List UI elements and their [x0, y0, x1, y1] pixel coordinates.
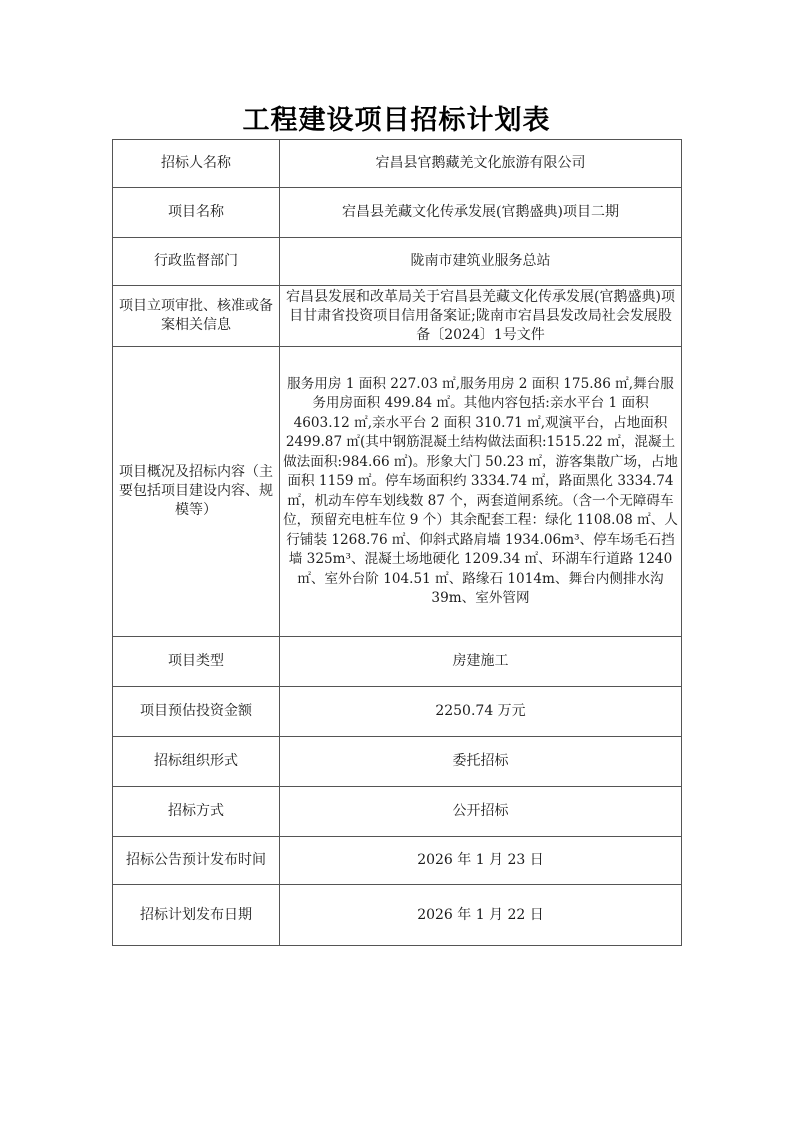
tender-plan-table: 招标人名称 宕昌县官鹅藏羌文化旅游有限公司 项目名称 宕昌县羌藏文化传承发展(官…: [112, 139, 682, 946]
row-label: 招标方式: [113, 787, 280, 837]
row-label: 项目类型: [113, 637, 280, 687]
row-label: 项目概况及招标内容（主要包括项目建设内容、规模等）: [113, 347, 280, 637]
table-row-plan-date: 招标计划发布日期 2026 年 1 月 22 日: [113, 885, 682, 946]
row-label: 项目名称: [113, 188, 280, 238]
row-value: 委托招标: [280, 737, 682, 787]
table-row-project-type: 项目类型 房建施工: [113, 637, 682, 687]
row-label: 招标公告预计发布时间: [113, 837, 280, 885]
table-row-approval-info: 项目立项审批、核准或备案相关信息 宕昌县发展和改革局关于宕昌县羌藏文化传承发展(…: [113, 286, 682, 347]
table-row-project-overview: 项目概况及招标内容（主要包括项目建设内容、规模等） 服务用房 1 面积 227.…: [113, 347, 682, 637]
row-label: 招标人名称: [113, 140, 280, 188]
row-value: 2026 年 1 月 22 日: [280, 885, 682, 946]
row-label: 招标计划发布日期: [113, 885, 280, 946]
table-row-investment: 项目预估投资金额 2250.74 万元: [113, 687, 682, 737]
row-value: 2250.74 万元: [280, 687, 682, 737]
row-value: 宕昌县官鹅藏羌文化旅游有限公司: [280, 140, 682, 188]
document-title: 工程建设项目招标计划表: [0, 98, 793, 137]
row-label: 行政监督部门: [113, 238, 280, 286]
row-value: 服务用房 1 面积 227.03 ㎡,服务用房 2 面积 175.86 ㎡,舞台…: [280, 347, 682, 637]
row-value: 宕昌县发展和改革局关于宕昌县羌藏文化传承发展(官鹅盛典)项目甘肃省投资项目信用备…: [280, 286, 682, 347]
table-row-organization-form: 招标组织形式 委托招标: [113, 737, 682, 787]
row-value: 2026 年 1 月 23 日: [280, 837, 682, 885]
table-row-tenderer: 招标人名称 宕昌县官鹅藏羌文化旅游有限公司: [113, 140, 682, 188]
row-value: 公开招标: [280, 787, 682, 837]
table-row-supervisor: 行政监督部门 陇南市建筑业服务总站: [113, 238, 682, 286]
row-value: 陇南市建筑业服务总站: [280, 238, 682, 286]
table-row-tender-method: 招标方式 公开招标: [113, 787, 682, 837]
row-label: 项目立项审批、核准或备案相关信息: [113, 286, 280, 347]
table-row-announcement-date: 招标公告预计发布时间 2026 年 1 月 23 日: [113, 837, 682, 885]
table-row-project-name: 项目名称 宕昌县羌藏文化传承发展(官鹅盛典)项目二期: [113, 188, 682, 238]
row-label: 招标组织形式: [113, 737, 280, 787]
row-value: 房建施工: [280, 637, 682, 687]
row-label: 项目预估投资金额: [113, 687, 280, 737]
row-value: 宕昌县羌藏文化传承发展(官鹅盛典)项目二期: [280, 188, 682, 238]
